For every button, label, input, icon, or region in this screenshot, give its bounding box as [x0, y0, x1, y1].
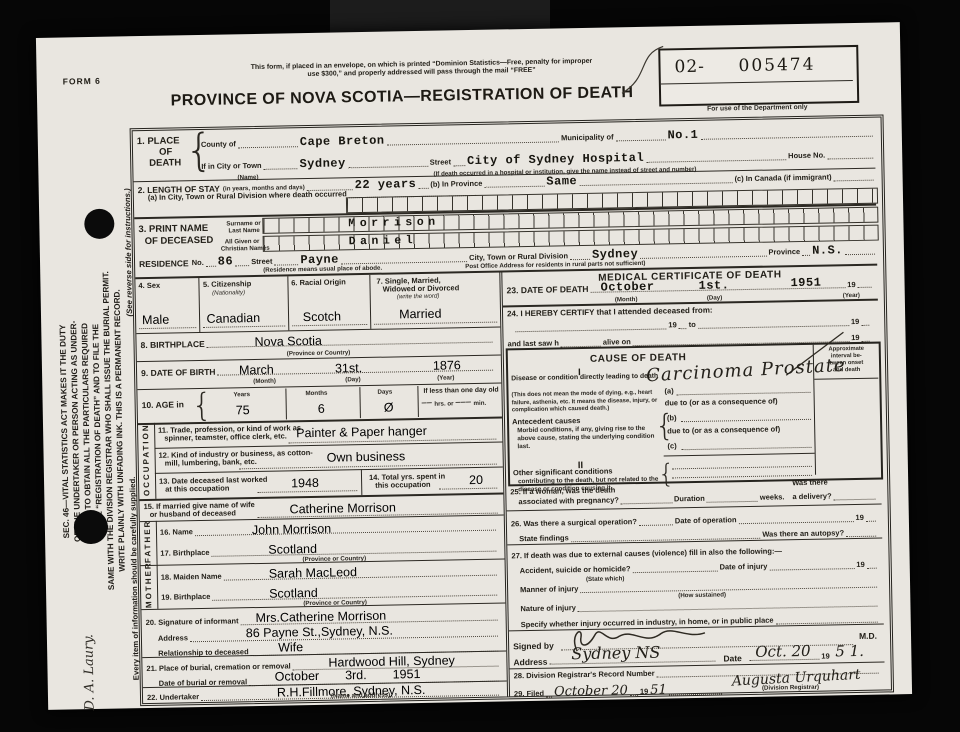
age-hours-dash: —— — [422, 400, 433, 408]
dotted-line — [827, 158, 873, 160]
stay-province-value: Same — [546, 175, 577, 188]
municipality-label: Municipality of — [561, 134, 614, 144]
dotted-line — [546, 697, 552, 698]
age-minutes-dash: ——— — [455, 399, 471, 407]
date-of-birth-label: 9. DATE OF BIRTH — [141, 368, 216, 379]
registration-number-value: 005474 — [738, 55, 815, 76]
sex-cell: 4. Sex Male — [135, 278, 200, 333]
informant-address-row: Address — [158, 629, 500, 644]
trade-value: Painter & Paper hanger — [296, 424, 427, 440]
residence-province-value: N.S. — [812, 244, 843, 257]
citizenship-sub: (Nationality) — [212, 289, 245, 297]
pregnancy-label2: associated with pregnancy? — [518, 496, 619, 506]
father-name-label: 16. Name — [160, 528, 193, 537]
municipality-value: No.1 — [667, 129, 698, 142]
dotted-line — [264, 168, 298, 170]
mother-side-label: MOTHER — [145, 566, 154, 608]
father-group-rule — [156, 521, 158, 565]
solid-line — [580, 586, 877, 592]
age-years-value: 75 — [236, 403, 250, 417]
dotted-line — [639, 524, 673, 526]
dotted-line — [374, 322, 497, 325]
county-label: County of — [201, 141, 236, 150]
registration-box-divider — [661, 80, 853, 85]
county-row: County of Cape Breton Municipality of No… — [201, 126, 875, 150]
residence-street-value: Payne — [300, 253, 339, 266]
dotted-line — [206, 266, 216, 267]
dotted-line — [515, 328, 666, 332]
mother-name-row: 18. Maiden Name — [161, 568, 499, 583]
total-years-value: 20 — [469, 473, 483, 487]
occupation-side-label: OCCUPATION — [142, 426, 151, 496]
dotted-line — [633, 570, 718, 573]
division-registrar-sub: (Division Registrar) — [762, 684, 819, 692]
dotted-line — [235, 265, 249, 266]
mail-notice: This form, if placed in an envelope, on … — [186, 57, 656, 81]
dotted-line — [677, 392, 811, 395]
printed-19: 19 — [821, 653, 830, 662]
citizenship-label: 5. Citizenship — [203, 280, 251, 290]
house-no-label: House No. — [788, 152, 825, 161]
age-months-value: 6 — [318, 402, 325, 416]
dotted-line — [679, 328, 687, 329]
filed-label: 29. Filed — [514, 690, 544, 699]
nature-row: Nature of injury — [520, 599, 879, 614]
operation-label: 26. Was there a surgical operation? — [511, 518, 637, 529]
dotted-line — [770, 568, 855, 571]
dotted-line — [616, 139, 666, 141]
mother-birthplace-label: 19. Birthplace — [161, 593, 210, 603]
right-column: MEDICAL CERTIFICATE OF DEATH October 1st… — [502, 266, 885, 697]
age-hours-label: hrs. or — [434, 400, 453, 408]
marital-sub: (write the word) — [397, 293, 440, 301]
place-of-death-label: DEATH — [149, 158, 181, 169]
sex-value: Male — [142, 313, 169, 327]
date-year-handwritten: 5 1. — [835, 644, 864, 660]
undertaker-row: 22. Undertaker — [147, 688, 501, 703]
citizenship-cell: 5. Citizenship (Nationality) Canadian — [200, 276, 289, 332]
dotted-line — [484, 186, 544, 188]
dotted-line — [646, 159, 786, 163]
age-minutes-label: min. — [473, 399, 486, 407]
residence-no-value: 86 — [218, 255, 234, 267]
birth-month-sub: (Month) — [253, 378, 276, 386]
filed-year-handwritten: 51 — [650, 684, 667, 697]
printed-19: 19 — [668, 321, 677, 330]
total-years-label: this occupation — [375, 481, 431, 491]
dotted-line — [341, 261, 467, 264]
external-causes-label: 27. If death was due to external causes … — [511, 547, 782, 561]
row-divider — [139, 492, 503, 501]
printed-19: 19 — [856, 561, 865, 570]
last-worked-value: 1948 — [291, 476, 319, 491]
dotted-line — [621, 502, 672, 504]
undertaker-sub: (Name and address) — [331, 692, 390, 701]
cause-of-death-box: Approximate interval be- tween onset and… — [506, 342, 883, 487]
accident-row: Accident, suicide or homicide? Date of i… — [520, 561, 879, 576]
mother-group-rule — [157, 565, 159, 609]
dotted-line — [858, 287, 872, 288]
operation-date-label: Date of operation — [675, 516, 737, 526]
death-certificate-paper: FORM 6 This form, if placed in an envelo… — [36, 22, 912, 710]
dotted-line — [579, 182, 732, 186]
date-of-injury-label: Date of injury — [719, 563, 767, 573]
age-cell-divider — [359, 387, 361, 418]
certify-label: 24. I HEREBY CERTIFY that I attended dec… — [507, 307, 713, 320]
dotted-line — [802, 255, 810, 256]
dotted-line — [640, 256, 766, 259]
margin-handwritten-note: D. A. Laury. — [81, 590, 98, 710]
age-days-value: Ø — [384, 400, 394, 414]
dotted-line — [139, 327, 196, 329]
racial-origin-cell: 6. Racial Origin Scotch — [288, 275, 371, 330]
duration-label: Duration — [674, 495, 705, 504]
dotted-line — [387, 141, 559, 145]
given-names-value: Daniel — [349, 235, 418, 248]
disease-label: Disease or condition directly leading to… — [511, 373, 661, 385]
dotted-line — [707, 500, 758, 502]
dotted-line — [698, 325, 849, 329]
print-name-label: 3. PRINT NAME — [138, 224, 208, 236]
racial-origin-value: Scotch — [303, 309, 341, 324]
citizenship-value: Canadian — [206, 311, 260, 326]
record-number-label: 28. Division Registrar's Record Number — [514, 670, 655, 681]
cell-divider — [361, 469, 362, 495]
date-handwritten-value: Oct. 20 — [755, 644, 811, 660]
how-sustained-sub: (How sustained) — [678, 591, 726, 599]
dotted-line — [845, 254, 875, 256]
due-to-label: due to (or as a consequence of) — [665, 397, 778, 408]
racial-origin-label: 6. Racial Origin — [291, 278, 346, 288]
occupation-group-rule — [154, 423, 156, 499]
was-there-label: Was there — [792, 479, 828, 488]
brace-glyph: { — [191, 389, 212, 421]
age-label: 10. AGE in — [142, 400, 184, 410]
residence-division-value: Sydney — [592, 248, 638, 261]
left-column: 4. Sex Male 5. Citizenship (Nationality)… — [135, 272, 510, 703]
city-value: Sydney — [299, 157, 345, 170]
scan-background: FORM 6 This form, if placed in an envelo… — [0, 0, 960, 732]
residence-no-label: No. — [192, 259, 204, 268]
sex-label: 4. Sex — [138, 282, 160, 291]
dotted-line — [700, 136, 872, 140]
industry-value: Own business — [327, 449, 406, 464]
delivery-label: a delivery? — [792, 492, 831, 501]
operation-row: 26. Was there a surgical operation? Date… — [511, 514, 878, 529]
birthplace-label: 8. BIRTHPLACE — [140, 340, 204, 351]
dotted-line — [672, 475, 812, 479]
industry-label: mill, lumbering, bank, etc. — [165, 458, 257, 468]
dotted-line — [224, 574, 497, 580]
dotted-line — [204, 325, 285, 327]
birthplace-row: 8. BIRTHPLACE — [140, 335, 494, 351]
nature-label: Nature of injury — [520, 604, 576, 614]
cause-c-label: (c) — [667, 442, 676, 451]
accident-label: Accident, suicide or homicide? — [520, 565, 631, 576]
age-days-label: Days — [377, 389, 392, 397]
dotted-line — [866, 520, 876, 521]
surname-label: Last Name — [228, 227, 259, 235]
residence-label: RESIDENCE — [139, 259, 189, 269]
state-which-sub: (State which) — [586, 575, 625, 583]
trade-label: spinner, teamster, office clerk, etc. — [164, 432, 287, 443]
to-label: to — [689, 321, 696, 330]
age-months-label: Months — [305, 390, 327, 398]
stay-city-label: (a) In City, Town or Rural Division wher… — [148, 190, 347, 202]
due-to-label: due to (or as a consequence of) — [667, 425, 780, 436]
dotted-line — [672, 466, 812, 470]
cause-divider — [664, 453, 815, 457]
cause-a-label: (a) — [664, 387, 673, 396]
registration-number-box: 02- 005474 — [658, 45, 859, 107]
dotted-line — [739, 521, 854, 524]
dotted-line — [682, 447, 812, 450]
printed-19: 19 — [851, 318, 860, 327]
dotted-line — [292, 324, 367, 326]
signed-by-label: Signed by — [513, 642, 554, 652]
doctor-address-label: Address — [513, 658, 547, 668]
birth-year-sub: (Year) — [437, 374, 454, 382]
county-value: Cape Breton — [300, 135, 385, 149]
printed-19: 19 — [847, 281, 856, 290]
disease-note: (This does not mean the mode of dying, e… — [511, 390, 659, 416]
registration-number-prefix: 02- — [674, 57, 705, 78]
age-hours-row: —— hrs. or ——— min. — [422, 399, 498, 408]
street-label: Street — [430, 159, 451, 168]
doctor-address-value: Sydney NS — [571, 645, 660, 663]
filed-row: 29. Filed October 20 19 51 — [514, 682, 724, 699]
antecedent-note: Morbid conditions, if any, giving rise t… — [517, 425, 655, 452]
dotted-line — [195, 529, 496, 536]
md-label: M.D. — [859, 632, 877, 642]
stay-canada-label: (c) In Canada (if immigrant) — [734, 174, 831, 184]
spouse-label: or husband of deceased — [150, 509, 236, 519]
form-number: FORM 6 — [63, 77, 101, 87]
burial-place-label: 21. Place of burial, cremation or remova… — [146, 662, 290, 673]
informant-address-label: Address — [158, 634, 188, 643]
age-cell-divider — [285, 388, 287, 419]
manner-label: Manner of injury — [520, 585, 578, 595]
dotted-line — [257, 490, 357, 493]
dotted-line — [238, 146, 298, 148]
page-title: PROVINCE OF NOVA SCOTIA—REGISTRATION OF … — [157, 83, 647, 111]
marital-status-cell: 7. Single, Married, Widowed or Divorced … — [370, 273, 500, 329]
dotted-line — [578, 605, 878, 611]
mother-name-label: 18. Maiden Name — [161, 573, 222, 583]
brace-glyph: { — [658, 461, 675, 487]
dotted-line — [846, 535, 876, 537]
dotted-line — [834, 498, 876, 500]
informant-label: 20. Signature of informant — [146, 617, 239, 627]
residence-province-label: Province — [768, 248, 800, 257]
dotted-line — [867, 567, 877, 568]
last-worked-label: at this occupation — [165, 485, 229, 495]
marital-value: Married — [399, 307, 442, 322]
dotted-line — [190, 635, 498, 642]
cause-b-label: (b) — [667, 414, 677, 423]
age-less-than-day-label: If less than one day old — [423, 387, 498, 396]
date-label: Date — [723, 654, 742, 664]
printed-19: 19 — [855, 514, 864, 523]
city-label: If in City or Town — [201, 162, 261, 172]
father-side-label: FATHER — [144, 523, 153, 563]
printed-19: 19 — [640, 688, 649, 697]
street-value: City of Sydney Hospital — [467, 152, 644, 167]
filed-date-handwritten: October 20 — [554, 684, 628, 698]
dotted-line — [749, 659, 819, 661]
findings-label: State findings — [519, 534, 569, 544]
delivery-row: a delivery? — [792, 492, 877, 502]
dotted-line — [348, 166, 428, 168]
dotted-line — [453, 165, 465, 166]
dotted-line — [207, 342, 493, 348]
surname-value: Morrison — [348, 217, 439, 230]
age-cell-divider — [417, 386, 419, 417]
age-years-label: Years — [233, 391, 250, 399]
father-birthplace-label: 17. Birthplace — [160, 549, 209, 559]
weeks-label: weeks. — [760, 493, 785, 502]
undertaker-label: 22. Undertaker — [147, 693, 199, 703]
print-name-label: OF DECEASED — [145, 236, 214, 248]
dotted-line — [439, 488, 497, 490]
dotted-line — [681, 419, 811, 422]
birth-day-sub: (Day) — [345, 376, 361, 384]
dotted-line — [630, 695, 638, 696]
dotted-line — [669, 694, 722, 696]
dotted-line — [834, 180, 874, 182]
dotted-line — [861, 324, 869, 325]
residence-street-label: Street — [251, 258, 272, 267]
form-body: 1. PLACE OF DEATH { County of Cape Breto… — [130, 114, 894, 706]
date-of-death-label: 23. DATE OF DEATH — [507, 285, 589, 296]
personal-cells-row: 4. Sex Male 5. Citizenship (Nationality)… — [135, 273, 500, 334]
